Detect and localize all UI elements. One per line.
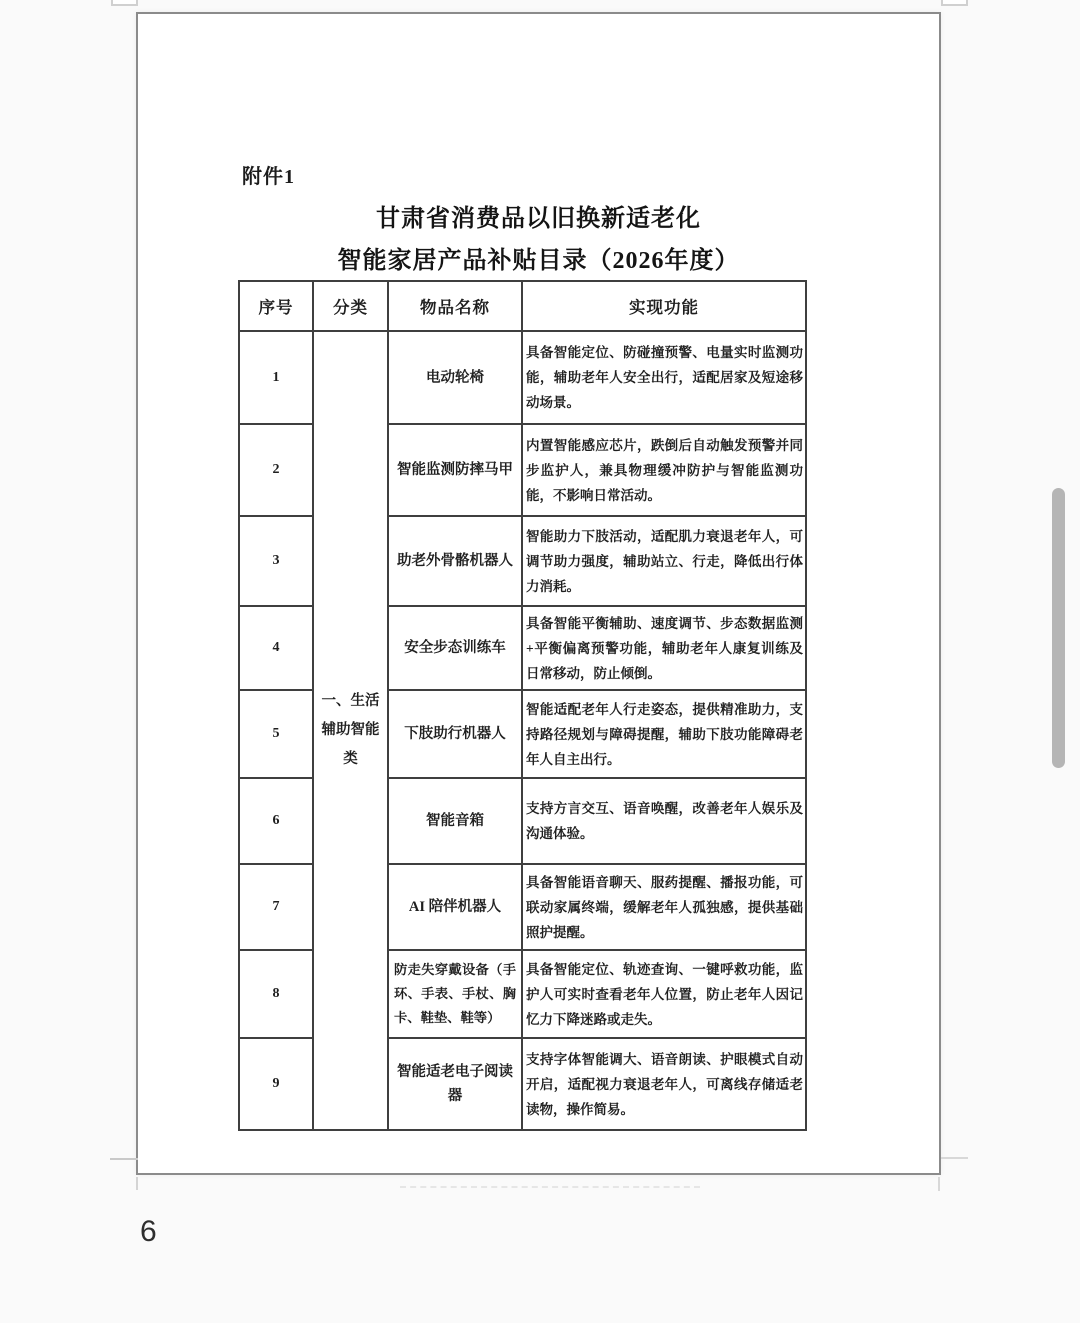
item-name-cell: 助老外骨骼机器人 — [388, 516, 522, 606]
document-title-line-2: 智能家居产品补贴目录（2026年度） — [138, 240, 939, 282]
row-number-cell: 5 — [239, 690, 313, 778]
item-name-cell: 安全步态训练车 — [388, 606, 522, 690]
crop-mark-bottom-right-horizontal — [941, 1157, 968, 1159]
column-header-index: 序号 — [239, 281, 313, 331]
row-number-cell: 9 — [239, 1038, 313, 1130]
row-number-cell: 4 — [239, 606, 313, 690]
table-row: 1 一、生活辅助智能类 电动轮椅 具备智能定位、防碰撞预警、电量实时监测功能，辅… — [239, 331, 806, 424]
row-number-cell: 8 — [239, 950, 313, 1038]
crop-mark-bottom-left-vertical — [136, 1177, 138, 1190]
row-number-cell: 1 — [239, 331, 313, 424]
function-cell: 支持字体智能调大、语音朗读、护眼模式自动开启，适配视力衰退老年人，可离线存储适老… — [522, 1038, 806, 1130]
column-header-category: 分类 — [313, 281, 388, 331]
item-name-cell: 下肢助行机器人 — [388, 690, 522, 778]
function-cell: 内置智能感应芯片，跌倒后自动触发预警并同步监护人，兼具物理缓冲防护与智能监测功能… — [522, 424, 806, 516]
function-cell: 具备智能语音聊天、服药提醒、播报功能，可联动家属终端，缓解老年人孤独感，提供基础… — [522, 864, 806, 950]
function-cell: 具备智能平衡辅助、速度调节、步态数据监测+平衡偏离预警功能，辅助老年人康复训练及… — [522, 606, 806, 690]
page-number: 6 — [140, 1215, 157, 1249]
function-cell: 智能适配老年人行走姿态，提供精准助力，支持路径规划与障碍提醒，辅助下肢功能障碍老… — [522, 690, 806, 778]
document-page: 附件1 甘肃省消费品以旧换新适老化 智能家居产品补贴目录（2026年度） 序号 … — [136, 12, 941, 1175]
function-cell: 支持方言交互、语音唤醒，改善老年人娱乐及沟通体验。 — [522, 778, 806, 864]
scrollbar-thumb[interactable] — [1052, 488, 1065, 768]
item-name-cell: AI 陪伴机器人 — [388, 864, 522, 950]
function-cell: 具备智能定位、防碰撞预警、电量实时监测功能，辅助老年人安全出行，适配居家及短途移… — [522, 331, 806, 424]
next-page-bleed-through — [400, 1186, 700, 1188]
item-name-cell: 防走失穿戴设备（手环、手表、手杖、胸卡、鞋垫、鞋等） — [388, 950, 522, 1038]
row-number-cell: 6 — [239, 778, 313, 864]
column-header-function: 实现功能 — [522, 281, 806, 331]
row-number-cell: 3 — [239, 516, 313, 606]
row-number-cell: 7 — [239, 864, 313, 950]
crop-mark-top-left — [111, 0, 138, 6]
function-cell: 智能助力下肢活动，适配肌力衰退老年人，可调节助力强度，辅助站立、行走，降低出行体… — [522, 516, 806, 606]
document-title: 甘肃省消费品以旧换新适老化 智能家居产品补贴目录（2026年度） — [138, 198, 939, 282]
item-name-cell: 智能音箱 — [388, 778, 522, 864]
crop-mark-top-right — [941, 0, 968, 6]
item-name-cell: 智能适老电子阅读器 — [388, 1038, 522, 1130]
attachment-label: 附件1 — [242, 160, 295, 189]
crop-mark-bottom-left-horizontal — [110, 1158, 138, 1160]
catalog-table: 序号 分类 物品名称 实现功能 1 一、生活辅助智能类 电动轮椅 具备智能定位、… — [238, 280, 807, 1131]
document-title-line-1: 甘肃省消费品以旧换新适老化 — [138, 198, 939, 240]
item-name-cell: 电动轮椅 — [388, 331, 522, 424]
function-cell: 具备智能定位、轨迹查询、一键呼救功能，监护人可实时查看老年人位置，防止老年人因记… — [522, 950, 806, 1038]
catalog-table-container: 序号 分类 物品名称 实现功能 1 一、生活辅助智能类 电动轮椅 具备智能定位、… — [238, 280, 807, 1131]
row-number-cell: 2 — [239, 424, 313, 516]
document-viewer: 附件1 甘肃省消费品以旧换新适老化 智能家居产品补贴目录（2026年度） 序号 … — [0, 0, 1080, 1323]
item-name-cell: 智能监测防摔马甲 — [388, 424, 522, 516]
category-cell: 一、生活辅助智能类 — [313, 331, 388, 1130]
column-header-item-name: 物品名称 — [388, 281, 522, 331]
crop-mark-bottom-right-vertical — [938, 1177, 940, 1191]
table-header-row: 序号 分类 物品名称 实现功能 — [239, 281, 806, 331]
